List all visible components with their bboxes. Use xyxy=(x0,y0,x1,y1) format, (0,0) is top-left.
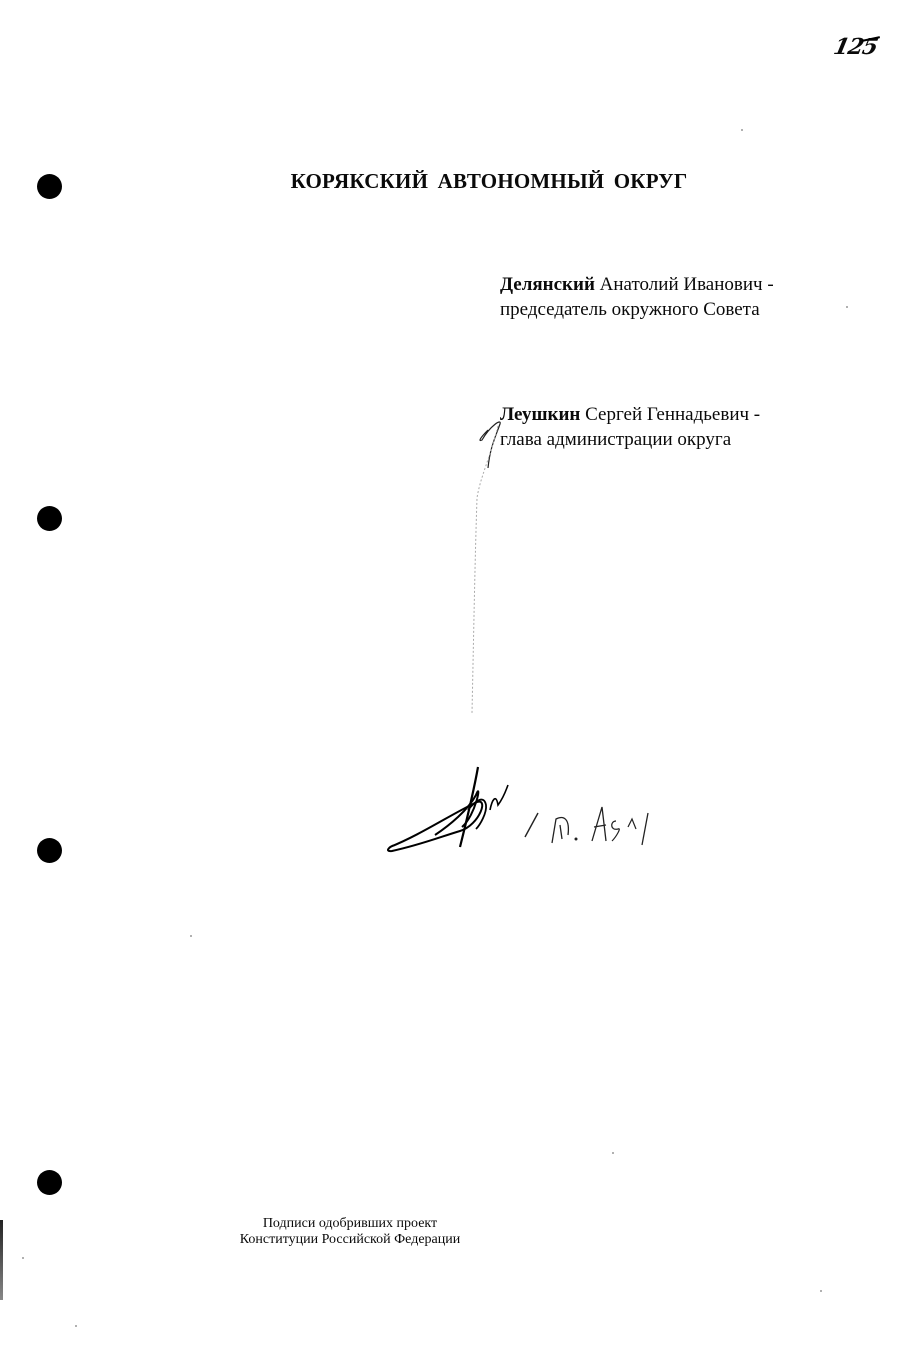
document-page: 125 КОРЯКСКИЙ АВТОНОМНЫЙ ОКРУГ Делянский… xyxy=(0,0,900,1366)
pencil-mark-icon xyxy=(440,418,520,728)
footer-caption: Подписи одобривших проект Конституции Ро… xyxy=(200,1216,500,1248)
handwritten-signature-icon xyxy=(380,755,680,865)
scan-edge-mark xyxy=(0,1220,3,1300)
region-title: КОРЯКСКИЙ АВТОНОМНЫЙ ОКРУГ xyxy=(0,169,900,194)
official-entry: Делянский Анатолий Иванович - председате… xyxy=(500,272,774,322)
footer-caption-line-1: Подписи одобривших проект xyxy=(200,1216,500,1232)
scan-speck xyxy=(190,935,192,937)
scan-speck xyxy=(612,1152,614,1154)
official-position: глава администрации округа xyxy=(500,427,760,452)
punch-hole-icon xyxy=(37,1170,62,1195)
scan-speck xyxy=(741,129,743,131)
official-given-names: Сергей Геннадьевич - xyxy=(585,404,760,425)
scan-speck xyxy=(820,1290,822,1292)
scan-speck xyxy=(75,1325,77,1327)
official-name-line: Леушкин Сергей Геннадьевич - xyxy=(500,402,760,427)
official-entry: Леушкин Сергей Геннадьевич - глава админ… xyxy=(500,402,760,452)
official-given-names: Анатолий Иванович - xyxy=(600,274,774,295)
official-surname: Делянский xyxy=(500,274,595,295)
official-position: председатель окружного Совета xyxy=(500,297,774,322)
punch-hole-icon xyxy=(37,506,62,531)
punch-hole-icon xyxy=(37,838,62,863)
official-name-line: Делянский Анатолий Иванович - xyxy=(500,272,774,297)
footer-caption-line-2: Конституции Российской Федерации xyxy=(200,1232,500,1248)
scan-speck xyxy=(22,1257,24,1259)
scan-speck xyxy=(846,306,848,308)
